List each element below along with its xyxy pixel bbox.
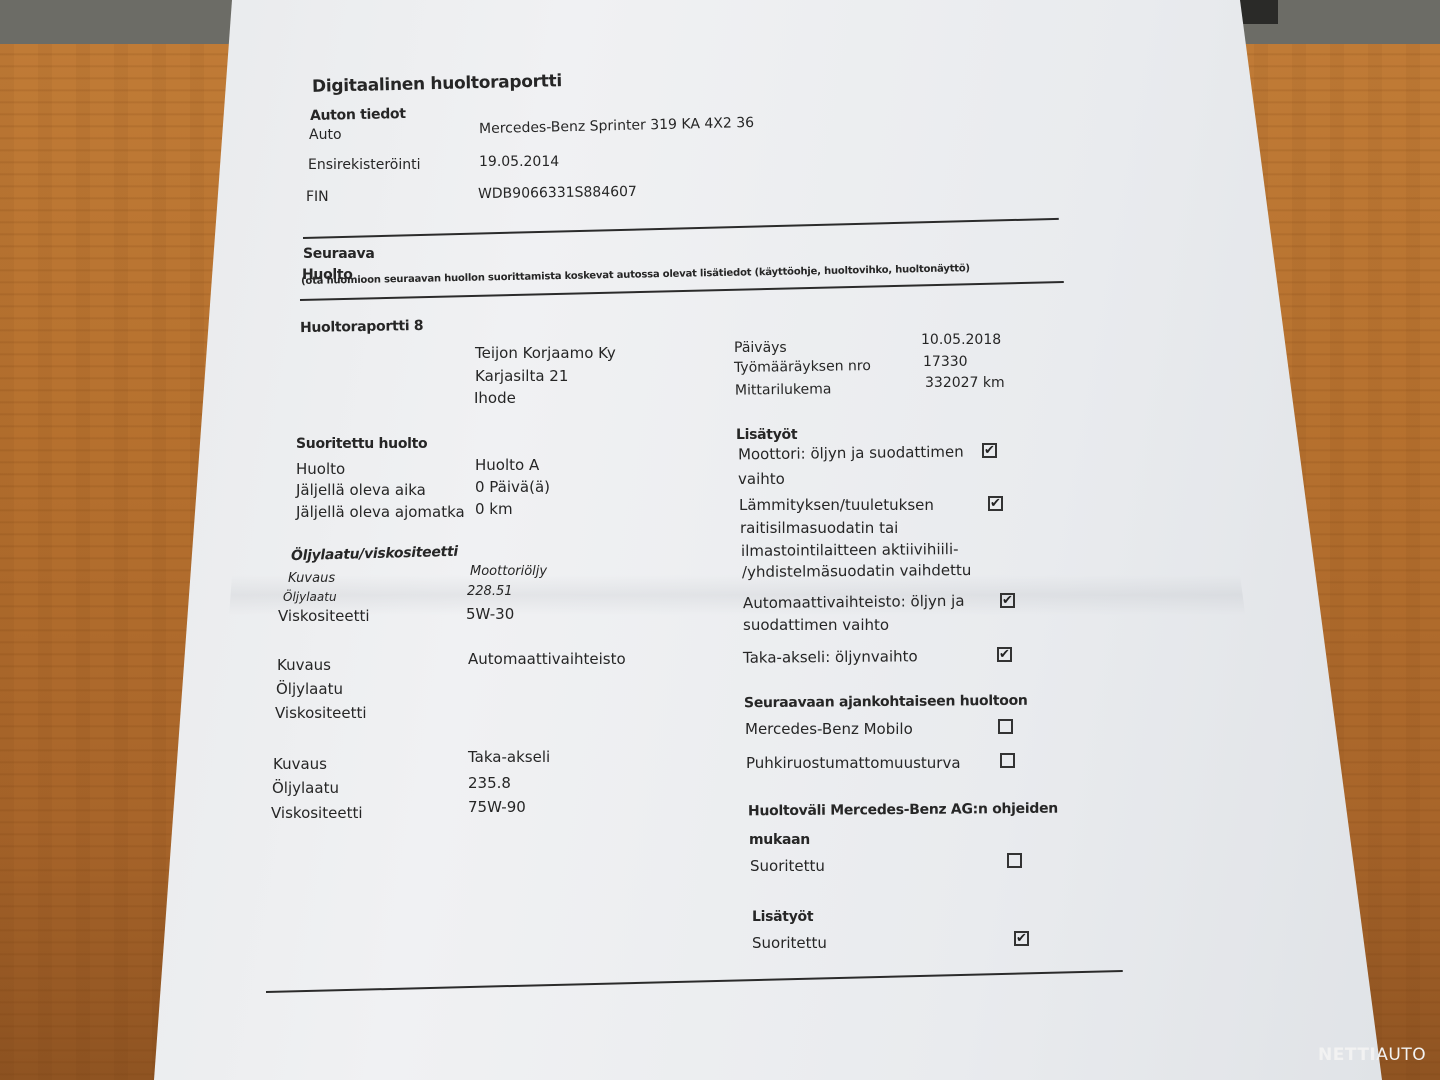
additional-work-done-checkbox[interactable]: ✔ <box>1014 931 1029 946</box>
work-order-value: 17330 <box>923 354 968 370</box>
divider-line <box>303 218 1059 239</box>
odometer-value: 332027 km <box>925 375 1005 391</box>
oil3-viscosity-value: 75W-90 <box>468 798 526 816</box>
work-item-3-checkbox[interactable]: ✔ <box>1000 593 1015 608</box>
report-heading: Huoltoraportti 8 <box>300 318 424 336</box>
next-service-heading-1: Seuraava <box>303 246 375 262</box>
rust-warranty-checkbox[interactable] <box>1000 753 1015 768</box>
work-item-2-line-4: /yhdistelmäsuodatin vaihdettu <box>742 561 971 581</box>
oil1-quality-label: Öljylaatu <box>283 590 337 604</box>
first-registration-value: 19.05.2014 <box>479 154 559 170</box>
odometer-label: Mittarilukema <box>735 381 832 398</box>
next-service-note: (ota huomioon seuraavan huollon suoritta… <box>301 263 970 287</box>
oil2-description-value: Automaattivaihteisto <box>468 650 626 668</box>
watermark-part-1: NETTI <box>1318 1045 1376 1065</box>
service-interval-heading-2: mukaan <box>749 832 810 848</box>
date-value: 10.05.2018 <box>921 332 1001 348</box>
remaining-distance-value: 0 km <box>475 500 513 518</box>
vehicle-info-heading: Auton tiedot <box>310 106 406 124</box>
workshop-city: Ihode <box>474 389 516 407</box>
work-item-4-line-1: Taka-akseli: öljynvaihto <box>743 647 918 667</box>
oil-heading: Öljylaatu/viskositeetti <box>291 544 458 564</box>
fin-value: WDB9066331S884607 <box>478 184 637 202</box>
work-item-3-line-1: Automaattivaihteisto: öljyn ja <box>743 592 965 612</box>
work-item-2-line-2: raitisilmasuodatin tai <box>740 519 898 537</box>
oil3-quality-label: Öljylaatu <box>272 779 339 797</box>
workshop-street: Karjasilta 21 <box>475 367 568 385</box>
service-interval-heading-1: Huoltoväli Mercedes-Benz AG:n ohjeiden <box>748 801 1058 820</box>
document-title: Digitaalinen huoltoraportti <box>312 71 562 97</box>
oil1-quality-value: 228.51 <box>467 584 513 599</box>
workshop-name: Teijon Korjaamo Ky <box>475 344 616 362</box>
service-label: Huolto <box>296 460 345 478</box>
watermark-part-2: AUTO <box>1376 1045 1426 1065</box>
oil1-description-value: Moottoriöljy <box>470 564 547 579</box>
mobilo-checkbox[interactable] <box>998 719 1013 734</box>
oil1-description-label: Kuvaus <box>288 571 335 586</box>
oil2-viscosity-label: Viskositeetti <box>275 704 367 722</box>
date-label: Päiväys <box>734 340 787 356</box>
first-registration-label: Ensirekisteröinti <box>308 157 421 173</box>
additional-work-done-heading: Lisätyöt <box>752 909 813 925</box>
oil2-description-label: Kuvaus <box>277 656 331 674</box>
service-value: Huolto A <box>475 456 539 474</box>
additional-work-done-label: Suoritettu <box>752 934 827 952</box>
service-report-document: Digitaalinen huoltoraportti Auton tiedot… <box>0 0 1440 1080</box>
oil1-viscosity-value: 5W-30 <box>466 605 514 623</box>
additional-work-heading: Lisätyöt <box>736 427 797 443</box>
divider-line <box>266 970 1123 993</box>
vehicle-label: Auto <box>309 127 342 143</box>
fin-label: FIN <box>306 189 329 205</box>
work-item-2-line-3: ilmastointilaitteen aktiivihiili- <box>741 540 959 560</box>
work-item-1-checkbox[interactable]: ✔ <box>982 443 997 458</box>
remaining-time-label: Jäljellä oleva aika <box>296 481 426 499</box>
next-current-service-heading: Seuraavaan ajankohtaiseen huoltoon <box>744 693 1028 711</box>
vehicle-value: Mercedes-Benz Sprinter 319 KA 4X2 36 <box>479 115 754 137</box>
work-item-3-line-2: suodattimen vaihto <box>743 616 889 634</box>
remaining-time-value: 0 Päivä(ä) <box>475 478 550 496</box>
work-item-1-line-2: vaihto <box>738 470 785 488</box>
work-item-1-line-1: Moottori: öljyn ja suodattimen <box>738 443 964 464</box>
service-interval-performed-label: Suoritettu <box>750 857 825 875</box>
nettiauto-watermark: NETTIAUTO <box>1318 1045 1426 1065</box>
oil2-quality-label: Öljylaatu <box>276 680 343 698</box>
work-item-2-line-1: Lämmityksen/tuuletuksen <box>739 496 934 514</box>
oil3-quality-value: 235.8 <box>468 774 511 792</box>
oil3-viscosity-label: Viskositeetti <box>271 804 363 822</box>
work-item-4-checkbox[interactable]: ✔ <box>997 647 1012 662</box>
rust-warranty-label: Puhkiruostumattomuusturva <box>746 754 961 772</box>
remaining-distance-label: Jäljellä oleva ajomatka <box>296 503 465 521</box>
oil3-description-label: Kuvaus <box>273 755 327 773</box>
oil3-description-value: Taka-akseli <box>468 748 550 766</box>
work-order-label: Työmääräyksen nro <box>734 358 871 376</box>
work-item-2-checkbox[interactable]: ✔ <box>988 496 1003 511</box>
oil1-viscosity-label: Viskositeetti <box>278 607 370 625</box>
mobilo-label: Mercedes-Benz Mobilo <box>745 720 913 738</box>
service-interval-checkbox[interactable] <box>1007 853 1022 868</box>
performed-service-heading: Suoritettu huolto <box>296 436 427 452</box>
